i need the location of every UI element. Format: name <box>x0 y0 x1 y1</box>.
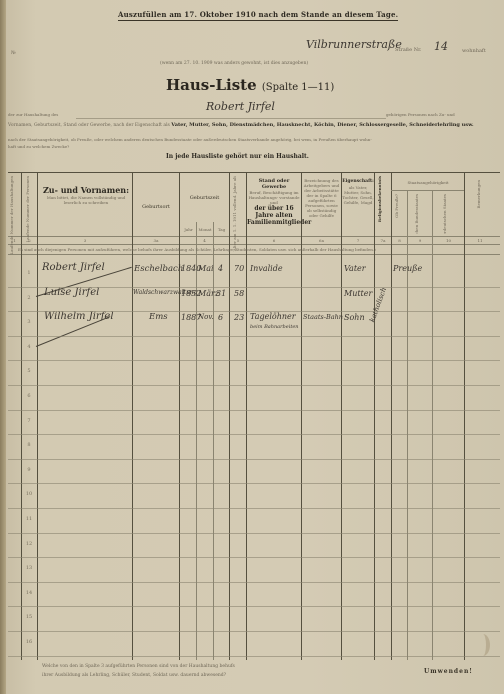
row-number: 14 <box>22 590 36 596</box>
row-line <box>8 508 500 509</box>
col4-header: Geburtszeit <box>180 195 229 201</box>
footer-note-1: Welche von den in Spalte 3 aufgeführten … <box>42 664 235 669</box>
colnum-bottom-line <box>8 244 500 245</box>
colnum-2: 2 <box>22 238 37 243</box>
house-number: 14 <box>434 40 448 53</box>
household-suffix: gehörigen Personen nach Zu- und <box>386 112 455 117</box>
col11-header: Bemerkungen <box>476 180 488 232</box>
row-number: 8 <box>22 442 36 448</box>
col-divider <box>374 172 375 660</box>
col1-header: Laufende Nummer der Haushaltungen <box>9 176 20 234</box>
row-number: 3 <box>22 319 36 325</box>
row-number: 9 <box>22 467 36 473</box>
group-header-line <box>391 190 464 191</box>
col8-header: Ob Preuße? <box>394 194 406 234</box>
col2-header: Laufende Nummer der Personen <box>25 176 36 234</box>
section-note-bottom-line <box>8 254 500 255</box>
section-note: Es sind auch diejenigen Personen mit auf… <box>18 247 498 252</box>
row2-age: 58 <box>234 289 244 298</box>
previous-residence-note: (wenn am 27. 10. 1909 was anders gewohnt… <box>160 61 308 66</box>
row2-name: Luise Jirfel <box>44 287 99 298</box>
line2-bold: Vater, Mutter, Sohn, Dienstmädchen, Haus… <box>171 122 473 128</box>
col4-day: Tag <box>214 227 229 232</box>
row-number: 6 <box>22 393 36 399</box>
col-divider <box>407 190 408 660</box>
row2-day: 31 <box>216 289 226 298</box>
row3-birthplace: Ems <box>149 312 168 322</box>
one-household-note: In jede Hausliste gehört nur ein Haushal… <box>166 153 309 160</box>
row1-occupation: Invalide <box>250 264 283 273</box>
row-number: 1 <box>22 270 36 276</box>
col7a-header: Religionsbekenntnis <box>377 176 389 234</box>
col3-header: Zu- und Vornamen: Man bittet, die Namen … <box>42 185 130 205</box>
row-line <box>8 434 500 435</box>
row-number: 13 <box>22 565 36 571</box>
col-divider <box>341 172 342 660</box>
table-top-border <box>8 172 500 173</box>
col3a-header: Geburtsort <box>133 204 179 210</box>
colnum-6: 6 <box>247 238 301 243</box>
row1-name: Robert Jirfel <box>42 262 105 273</box>
row3-occupation: Tagelöhner <box>250 312 296 321</box>
col-divider <box>432 190 433 660</box>
col-divider <box>464 172 465 660</box>
row-number: 5 <box>22 368 36 374</box>
row3-day: 6 <box>218 313 223 322</box>
colnum-10: 10 <box>433 238 464 243</box>
colnum-9: 9 <box>408 238 432 243</box>
col4-year: Jahr <box>180 227 197 232</box>
header-bottom-line <box>8 236 500 237</box>
row-line <box>8 410 500 411</box>
row-line <box>8 287 500 288</box>
title-main: Haus-Liste <box>166 76 257 94</box>
street-name: Vilbrunnerstraße <box>306 38 402 51</box>
colnum-7a: 7a <box>375 238 391 243</box>
col-divider <box>132 172 133 660</box>
row1-day: 4 <box>218 264 223 273</box>
nationality-group-header: Staatsangehörigkeit <box>392 180 464 185</box>
col-divider <box>301 172 302 660</box>
col7-header: Eigenschaft: als Vater, Mutter, Sohn, To… <box>342 178 374 205</box>
row-number: 4 <box>22 344 36 350</box>
household-head-name: Robert Jirfel <box>206 100 275 113</box>
colnum-8: 8 <box>392 238 407 243</box>
colnum-6a: 6a <box>302 238 341 243</box>
col6a-header: Bezeichnung des Arbeitgebers und der Arb… <box>302 178 341 218</box>
household-prefix: der zur Haushaltung des <box>8 112 58 117</box>
nationality-instruction: nach der Staatsangehörigkeit, ob Preuße,… <box>8 137 498 142</box>
col6-header: Stand oder Gewerbe Beruf, Beschäftigung … <box>247 178 301 226</box>
row-number: 16 <box>22 639 36 645</box>
fill-in-instruction: Auszufüllen am 17. Oktober 1910 nach dem… <box>118 10 398 21</box>
line2-plain: Vornamen, Geburtszeit, Stand oder Gewerb… <box>8 123 170 128</box>
row3-name: Wilhelm Jirfel <box>44 311 114 322</box>
colnum-11: 11 <box>465 238 495 243</box>
colnum-3: 3 <box>38 238 132 243</box>
row-line <box>8 385 500 386</box>
nationality-instruction-2: haft und zu welchem Zwecke? <box>8 144 69 149</box>
col4-month: Monat <box>197 227 213 232</box>
street-label: Straße Nr. <box>395 47 422 53</box>
col3-instruction: Man bittet, die Namen vollständig und le… <box>47 195 126 205</box>
census-page: Auszufüllen am 17. Oktober 1910 nach dem… <box>6 0 504 694</box>
colnum-7: 7 <box>342 238 374 243</box>
col3-title: Zu- und Vornamen: <box>43 185 129 195</box>
row-number: 2 <box>22 295 36 301</box>
col-divider <box>21 172 22 660</box>
title-suffix: (Spalte 1—11) <box>262 82 334 93</box>
instruction-block: Vornamen, Geburtszeit, Stand oder Gewerb… <box>8 122 498 129</box>
row1-month: Mai <box>198 264 214 273</box>
col10-header: Ob Angehöriger eines außerdeutschen Staa… <box>442 194 456 234</box>
row-line <box>8 582 500 583</box>
row-number: 15 <box>22 614 36 620</box>
row1-birthplace: Eschelbach <box>134 264 183 274</box>
row-line <box>8 557 500 558</box>
col-divider <box>37 172 38 660</box>
row-number: 7 <box>22 418 36 424</box>
row-line <box>8 483 500 484</box>
page-curl <box>476 634 490 656</box>
row-number: 12 <box>22 541 36 547</box>
row-number: 11 <box>22 516 36 522</box>
page-title: Haus-Liste (Spalte 1—11) <box>166 76 334 94</box>
col-divider <box>229 172 230 660</box>
row-line <box>8 311 500 312</box>
row-line <box>8 533 500 534</box>
row-line <box>8 656 500 657</box>
colnum-5: 5 <box>230 238 246 243</box>
row1-age: 70 <box>234 264 244 273</box>
col-divider <box>246 172 247 660</box>
row3-age: 23 <box>234 313 244 322</box>
row3-occupation-note: beim Bahnarbeiten <box>250 324 299 330</box>
colnum-4: 4 <box>180 238 229 243</box>
colnum-3a: 3a <box>133 238 179 243</box>
row3-relation: Sohn <box>344 313 365 322</box>
footer-note-2: ihrer Ausbildung als Lehrling, Schüler, … <box>42 673 226 678</box>
col5-header: Alter am 1. 1. 1911 vollend. Jahre alt <box>232 176 244 234</box>
col9-header: Ob Angehöriger eines anderen deutschen B… <box>414 194 428 234</box>
row-line <box>8 459 500 460</box>
row3-month: Nov. <box>198 313 214 321</box>
row-line <box>8 360 500 361</box>
row-line <box>8 336 500 337</box>
row2-relation: Mutter <box>344 289 372 298</box>
col-divider <box>179 172 180 660</box>
turn-over-label: Umwenden! <box>424 668 473 675</box>
col-divider <box>391 172 392 660</box>
row3-employer: Staats-Bahn <box>303 313 343 321</box>
row-line <box>8 631 500 632</box>
row-number: 10 <box>22 491 36 497</box>
list-number-mark: № <box>11 50 16 56</box>
colnum-1: 1 <box>8 238 21 243</box>
residence-label: wohnhaft <box>462 48 486 54</box>
household-line <box>76 118 386 119</box>
row1-prussian: Preuße <box>393 264 422 273</box>
row-line <box>8 606 500 607</box>
row1-relation: Vater <box>344 264 366 273</box>
